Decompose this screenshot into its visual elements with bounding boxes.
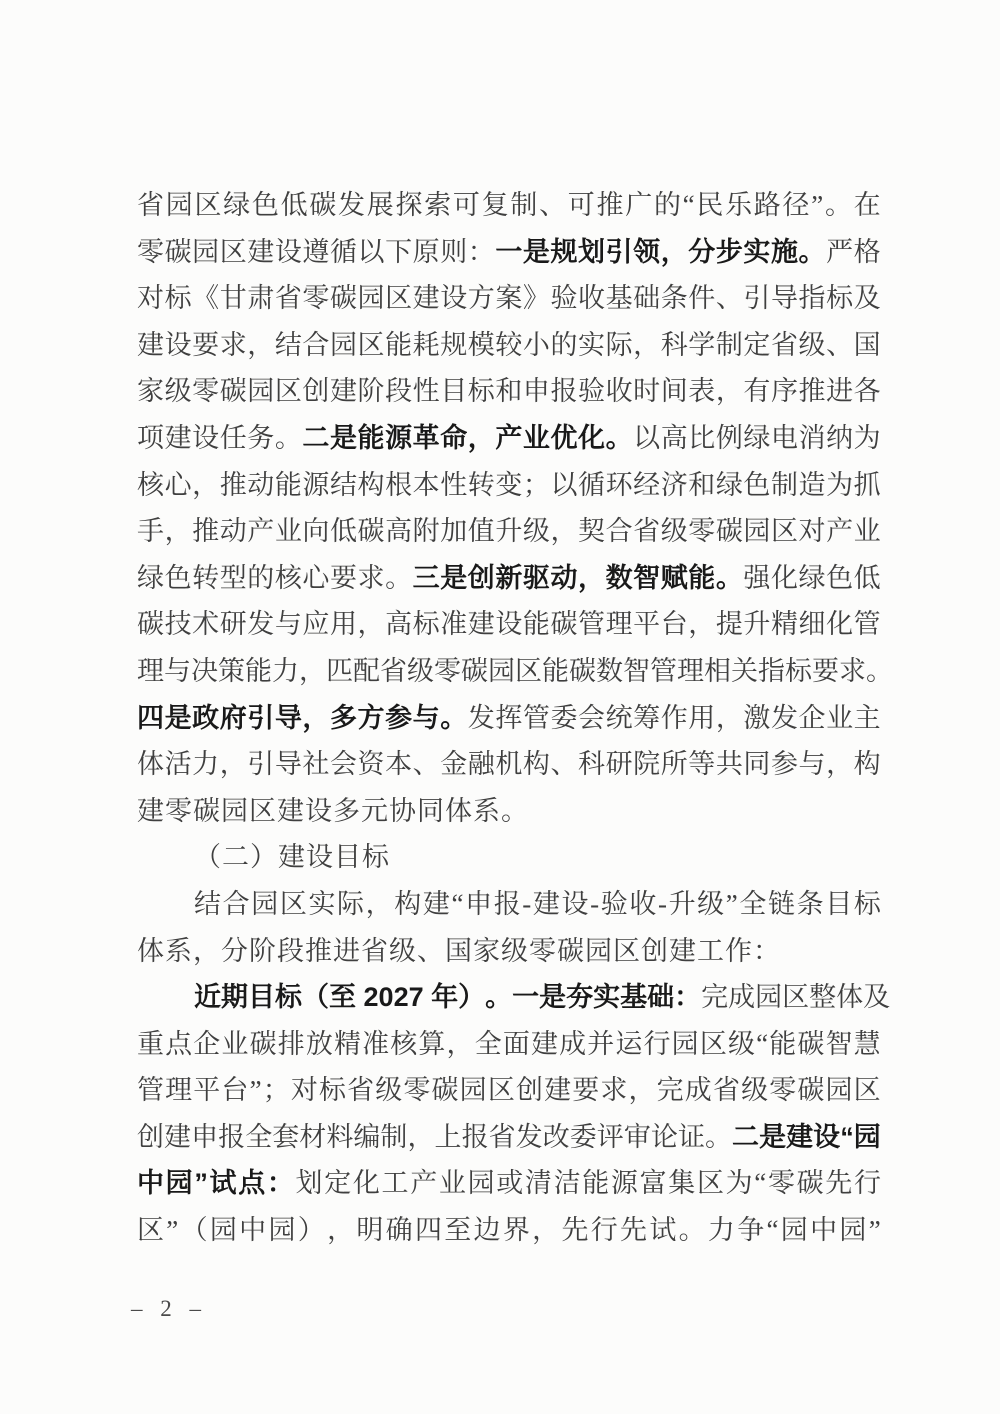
text-char: 行 <box>591 1207 618 1254</box>
text-char: 是 <box>330 415 357 462</box>
text-char: 行 <box>854 1160 881 1207</box>
text-char: 提 <box>716 601 743 648</box>
text-char: 对 <box>291 1067 318 1114</box>
text-char: 方 <box>358 695 385 742</box>
text-char: 企 <box>799 695 826 742</box>
text-char: ， <box>826 741 853 788</box>
text-char: 乐 <box>725 182 752 229</box>
text-char: 纳 <box>826 415 853 462</box>
text-char: “ <box>756 1021 768 1068</box>
text-char: 建 <box>786 1114 813 1161</box>
text-char: ” <box>726 881 738 928</box>
text-char: 碳 <box>797 1160 824 1207</box>
text-char: 是 <box>523 229 550 276</box>
text-char: 升 <box>669 881 696 928</box>
text-line: 创建申报全套材料编制，上报省发改委评审论证。二是建设“园 <box>137 1114 881 1161</box>
text-char: 挥 <box>495 695 522 742</box>
text-char: 、 <box>539 182 566 229</box>
text-char: 夯 <box>566 974 593 1021</box>
text-char: 委 <box>570 1114 597 1161</box>
text-char: ； <box>263 1067 290 1114</box>
text-char: 标 <box>854 881 881 928</box>
text-char: 设 <box>192 415 219 462</box>
text-char: 至 <box>329 974 356 1021</box>
text-char: 复 <box>482 182 509 229</box>
text-line: 四是政府引导，多方参与。发挥管委会统筹作用，激发企业主 <box>137 695 881 742</box>
text-char: 耗 <box>413 322 440 369</box>
text-char: 7 <box>409 974 424 1021</box>
text-char: 的 <box>247 555 274 602</box>
text-char: 对 <box>137 275 164 322</box>
text-char: 决 <box>191 648 218 695</box>
text-char: 算 <box>418 1021 445 1068</box>
text-line: 近期目标（至 2027 年）。一是夯实基础：完成园区整体及 <box>137 974 881 1021</box>
text-char: 能 <box>542 648 569 695</box>
text-char: 可 <box>453 182 480 229</box>
text-char: 碳 <box>432 1067 459 1114</box>
text-char: 分 <box>688 229 715 276</box>
text-char: 理 <box>677 648 704 695</box>
text-char: 区 <box>488 1067 515 1114</box>
text-char: 构 <box>854 741 881 788</box>
text-char: 省 <box>275 275 302 322</box>
text-char: 区 <box>275 368 302 415</box>
text-char: 下 <box>385 229 412 276</box>
text-char: 构 <box>394 881 421 928</box>
text-char: 序 <box>771 368 798 415</box>
text-char: 碳 <box>250 1021 277 1068</box>
text-char: 、 <box>550 741 577 788</box>
text-char: 筹 <box>633 695 660 742</box>
text-char: 改 <box>543 1114 570 1161</box>
text-char: 碳 <box>330 275 357 322</box>
text-char: 园 <box>743 508 770 555</box>
text-char: 结 <box>275 322 302 369</box>
text-char: 面 <box>503 1021 530 1068</box>
text-char: 实 <box>593 974 620 1021</box>
text-char: 一 <box>512 974 539 1021</box>
text-char: ” <box>166 1207 178 1254</box>
text-char: 准 <box>362 1021 389 1068</box>
text-char: 源 <box>302 462 329 509</box>
text-char: 同 <box>743 741 770 788</box>
text-char: 完 <box>657 1067 684 1114</box>
text-char: 设 <box>165 322 192 369</box>
text-char: 低 <box>330 508 357 555</box>
text-char: 创 <box>302 368 329 415</box>
text-char: 力 <box>272 648 299 695</box>
text-char: 制 <box>380 1114 407 1161</box>
text-char: 、 <box>826 322 853 369</box>
text-char: 型 <box>220 555 247 602</box>
text-char: 。 <box>275 415 302 462</box>
text-char: 管 <box>523 695 550 742</box>
text-char: 试 <box>649 1207 676 1254</box>
text-char: 体 <box>836 974 863 1021</box>
text-char: 家 <box>137 368 164 415</box>
text-char: 关 <box>731 648 758 695</box>
text-char: 建 <box>468 601 495 648</box>
text-char: 原 <box>413 229 440 276</box>
text-char: 动 <box>220 508 247 555</box>
text-char: 业 <box>439 1160 466 1207</box>
text-char: 础 <box>633 275 660 322</box>
text-char: ” <box>811 182 823 229</box>
text-char: 性 <box>413 368 440 415</box>
text-char: 级 <box>375 1067 402 1114</box>
text-char: ， <box>220 741 247 788</box>
text-char: 合 <box>606 508 633 555</box>
text-char: 洁 <box>554 1160 581 1207</box>
text-char: 标 <box>785 648 812 695</box>
page-number: – 2 – <box>131 1296 207 1322</box>
text-char: 成 <box>728 974 755 1021</box>
text-char: 企 <box>193 1021 220 1068</box>
text-char: 附 <box>413 508 440 555</box>
text-char: 园 <box>166 1160 193 1207</box>
text-char: 园 <box>166 182 193 229</box>
text-char: 造 <box>799 462 826 509</box>
text-char: 对 <box>799 508 826 555</box>
text-char: 术 <box>192 601 219 648</box>
text-char: 合 <box>302 322 329 369</box>
text-char: 园 <box>839 1207 866 1254</box>
text-char: 会 <box>330 741 357 788</box>
text-char: 源 <box>385 415 412 462</box>
text-char: 研 <box>220 601 247 648</box>
text-line: （二）建设目标 <box>137 834 881 881</box>
text-char: 实 <box>743 229 770 276</box>
text-char: 合 <box>223 881 250 928</box>
text-char: 展 <box>367 182 394 229</box>
text-char: 导 <box>275 695 302 742</box>
text-char: 三 <box>413 555 440 602</box>
text-char: 集 <box>668 1160 695 1207</box>
text-char: 要 <box>572 1067 599 1114</box>
text-char: 与 <box>413 695 440 742</box>
text-char: 能 <box>275 462 302 509</box>
text-char: 新 <box>495 555 522 602</box>
text-char: 省 <box>771 322 798 369</box>
text-char: 区 <box>697 1160 724 1207</box>
text-char: 设 <box>813 1114 840 1161</box>
text-char: 区 <box>854 1067 881 1114</box>
text-line: 家级零碳园区创建阶段性目标和申报验收时间表，有序推进各 <box>137 368 881 415</box>
text-char: 转 <box>468 462 495 509</box>
text-char: 碳 <box>797 1067 824 1114</box>
text-char: 园 <box>210 1207 237 1254</box>
text-char: 的 <box>550 322 577 369</box>
text-char: 核 <box>390 1021 417 1068</box>
text-char: 案 <box>495 275 522 322</box>
text-char: 配 <box>353 648 380 695</box>
text-char: 创 <box>468 555 495 602</box>
text-char <box>424 974 432 1021</box>
text-char: 国 <box>854 322 881 369</box>
text-char: 申 <box>191 1114 218 1161</box>
text-char: 则 <box>440 229 467 276</box>
text-char: 区 <box>700 1021 727 1068</box>
text-char: 模 <box>468 322 495 369</box>
text-char: 经 <box>633 462 660 509</box>
text-char: 富 <box>640 1160 667 1207</box>
text-char: 省 <box>347 1067 374 1114</box>
text-char: 动 <box>247 462 274 509</box>
text-char: 消 <box>799 415 826 462</box>
text-line: 碳技术研发与应用，高标准建设能碳管理平台，提升精细化管 <box>137 601 881 648</box>
text-char: 建 <box>533 881 560 928</box>
text-char: 省 <box>137 182 164 229</box>
text-char: 步 <box>716 229 743 276</box>
text-char: 金 <box>440 741 467 788</box>
text-char: 强 <box>743 555 770 602</box>
text-char: 申 <box>465 881 492 928</box>
text-char: 应 <box>302 601 329 648</box>
text-line: 理与决策能力，匹配省级零碳园区能碳数智管理相关指标要求。 <box>137 648 881 695</box>
text-char: 碳 <box>569 648 596 695</box>
text-char: 产 <box>410 1160 437 1207</box>
text-char: 一 <box>495 229 522 276</box>
text-char: 多 <box>330 695 357 742</box>
text-char: 抓 <box>854 462 881 509</box>
text-char: 绿 <box>137 555 164 602</box>
text-char: 转 <box>192 555 219 602</box>
text-char: 先 <box>620 1207 647 1254</box>
text-char: 中 <box>810 1207 837 1254</box>
text-char: 报 <box>462 1114 489 1161</box>
text-char: 用 <box>688 695 715 742</box>
text-char: 项 <box>137 415 164 462</box>
text-char: 会 <box>578 695 605 742</box>
text-char: 基 <box>606 275 633 322</box>
text-char <box>356 974 364 1021</box>
text-char: 及 <box>854 275 881 322</box>
text-char: 区 <box>194 182 221 229</box>
text-char: 收 <box>606 368 633 415</box>
text-line: 区”（园中园），明确四至边界，先行先试。力争“园中园” <box>137 1207 881 1254</box>
text-char: 区 <box>782 974 809 1021</box>
text-char: 活 <box>165 741 192 788</box>
text-char: 建 <box>531 1021 558 1068</box>
text-char: 赋 <box>661 555 688 602</box>
text-line: 体活力，引导社会资本、金融机构、科研院所等共同参与，构 <box>137 741 881 788</box>
text-char: 清 <box>525 1160 552 1207</box>
text-char: “ <box>683 182 695 229</box>
text-char: 碳 <box>137 601 164 648</box>
text-char: 标 <box>826 275 853 322</box>
text-char: 设 <box>440 275 467 322</box>
text-char: ， <box>407 1114 434 1161</box>
text-char: 统 <box>606 695 633 742</box>
text-char: 定 <box>743 322 770 369</box>
text-char: 路 <box>754 182 781 229</box>
text-char: 规 <box>550 229 577 276</box>
text-char: ” <box>250 1067 262 1114</box>
text-char: 产 <box>247 508 274 555</box>
text-char: 要 <box>330 555 357 602</box>
text-char: 为 <box>826 462 853 509</box>
text-char: 理 <box>165 1067 192 1114</box>
text-char: 完 <box>701 974 728 1021</box>
text-char: - <box>522 881 531 928</box>
text-char: 全 <box>245 1114 272 1161</box>
text-char: ， <box>299 648 326 695</box>
text-char: 园 <box>358 275 385 322</box>
text-char: ： <box>267 1160 294 1207</box>
text-char: 先 <box>825 1160 852 1207</box>
text-char: （ <box>302 974 329 1021</box>
text-char: 区 <box>358 322 385 369</box>
text-char: 心 <box>165 462 192 509</box>
text-char: 科 <box>661 322 688 369</box>
text-char: 激 <box>743 695 770 742</box>
text-char: 园 <box>781 1207 808 1254</box>
text-char: “ <box>767 1207 779 1254</box>
text-char: 年 <box>431 974 458 1021</box>
text-char: 机 <box>495 741 522 788</box>
text-char: 与 <box>164 648 191 695</box>
text-char: 运 <box>615 1021 642 1068</box>
text-char: 界 <box>503 1207 530 1254</box>
text-char: 引 <box>743 275 770 322</box>
text-char: 台 <box>221 1067 248 1114</box>
text-char: 碳 <box>461 648 488 695</box>
text-char: 链 <box>768 881 795 928</box>
text-char: 化 <box>578 415 605 462</box>
text-char: 园 <box>488 648 515 695</box>
text-run: 建零碳园区建设多元协同体系。 <box>137 796 529 826</box>
text-char: 和 <box>495 368 522 415</box>
text-char: 任 <box>220 415 247 462</box>
text-char: 可 <box>568 182 595 229</box>
text-char: 二 <box>302 415 329 462</box>
text-char: 智 <box>826 1021 853 1068</box>
text-char: 收 <box>629 881 656 928</box>
text-char: 。 <box>440 695 467 742</box>
text-char: 二 <box>732 1114 759 1161</box>
text-char: 划 <box>296 1160 323 1207</box>
text-char: 力 <box>192 741 219 788</box>
text-char: 较 <box>495 322 522 369</box>
text-char: 绿 <box>799 555 826 602</box>
text-char: （ <box>181 1207 208 1254</box>
text-line: 中园”试点：划定化工产业园或清洁能源富集区为“零碳先行 <box>137 1160 881 1207</box>
text-char: 标 <box>275 974 302 1021</box>
text-char: 业 <box>826 695 853 742</box>
text-char: - <box>590 881 599 928</box>
text-char: 与 <box>799 741 826 788</box>
text-char: 2 <box>364 974 379 1021</box>
text-char: 构 <box>523 741 550 788</box>
text-char: 慧 <box>854 1021 881 1068</box>
text-char: 材 <box>299 1114 326 1161</box>
text-char: 制 <box>716 322 743 369</box>
text-char: 建 <box>544 1067 571 1114</box>
text-char: 求 <box>600 1067 627 1114</box>
text-char: 共 <box>716 741 743 788</box>
text-char: 低 <box>854 555 881 602</box>
text-char: “ <box>840 1114 854 1161</box>
text-char: 为 <box>726 1160 753 1207</box>
text-char: 建 <box>330 368 357 415</box>
text-char: 学 <box>688 322 715 369</box>
text-char: 高 <box>385 508 412 555</box>
text-char: 导 <box>275 741 302 788</box>
text-char: 和 <box>688 462 715 509</box>
text-char: 至 <box>444 1207 471 1254</box>
text-char: 。 <box>799 229 826 276</box>
text-char: 区 <box>280 881 307 928</box>
text-char: 推 <box>799 368 826 415</box>
text-char: 制 <box>510 182 537 229</box>
text-char: 。 <box>866 648 893 695</box>
text-char: 审 <box>624 1114 651 1161</box>
text-char: 发 <box>771 695 798 742</box>
text-char: 色 <box>165 555 192 602</box>
text-char: 电 <box>771 415 798 462</box>
text-char: 碳 <box>358 508 385 555</box>
text-char: “ <box>451 881 463 928</box>
text-char: 条 <box>797 881 824 928</box>
text-char: 府 <box>220 695 247 742</box>
text-char: 四 <box>137 695 164 742</box>
text-line: 结合园区实际，构建“申报-建设-验收-升级”全链条目标 <box>137 881 881 928</box>
text-char: 园 <box>826 1067 853 1114</box>
text-char: 零 <box>769 1067 796 1114</box>
text-char: “ <box>754 1160 766 1207</box>
text-char: 园 <box>672 1021 699 1068</box>
text-char: 委 <box>550 695 577 742</box>
text-char: 园 <box>460 1067 487 1114</box>
text-char: 管 <box>650 648 677 695</box>
text-char: 验 <box>578 368 605 415</box>
text-char: 建 <box>413 275 440 322</box>
text-char: 编 <box>353 1114 380 1161</box>
text-char: 园 <box>192 229 219 276</box>
text-char: 上 <box>435 1114 462 1161</box>
text-char: 指 <box>799 275 826 322</box>
text-char: 能 <box>385 322 412 369</box>
text-char: 进 <box>826 368 853 415</box>
text-char: 证 <box>678 1114 705 1161</box>
text-char: 能 <box>769 1021 796 1068</box>
text-char: 论 <box>651 1114 678 1161</box>
text-char: 严 <box>826 229 853 276</box>
text-char: 设 <box>562 881 589 928</box>
text-char: 化 <box>771 555 798 602</box>
text-line: 建零碳园区建设多元协同体系。 <box>137 788 881 835</box>
text-char: 业 <box>854 508 881 555</box>
text-char: 细 <box>799 601 826 648</box>
text-char: 划 <box>578 229 605 276</box>
text-char: 级 <box>407 648 434 695</box>
text-char: 及 <box>863 974 890 1021</box>
text-char: 工 <box>382 1160 409 1207</box>
text-char: 核 <box>137 462 164 509</box>
text-char: 探 <box>395 182 422 229</box>
text-char: 行 <box>644 1021 671 1068</box>
text-char: 高 <box>385 601 412 648</box>
text-char: 2 <box>394 974 409 1021</box>
text-char: 成 <box>559 1021 586 1068</box>
text-char: 级 <box>661 508 688 555</box>
text-char: 数 <box>596 648 623 695</box>
text-char: 园 <box>468 1160 495 1207</box>
text-char: 并 <box>587 1021 614 1068</box>
text-char: 准 <box>440 601 467 648</box>
text-line: 项建设任务。二是能源革命，产业优化。以高比例绿电消纳为 <box>137 415 881 462</box>
text-char: 院 <box>633 741 660 788</box>
